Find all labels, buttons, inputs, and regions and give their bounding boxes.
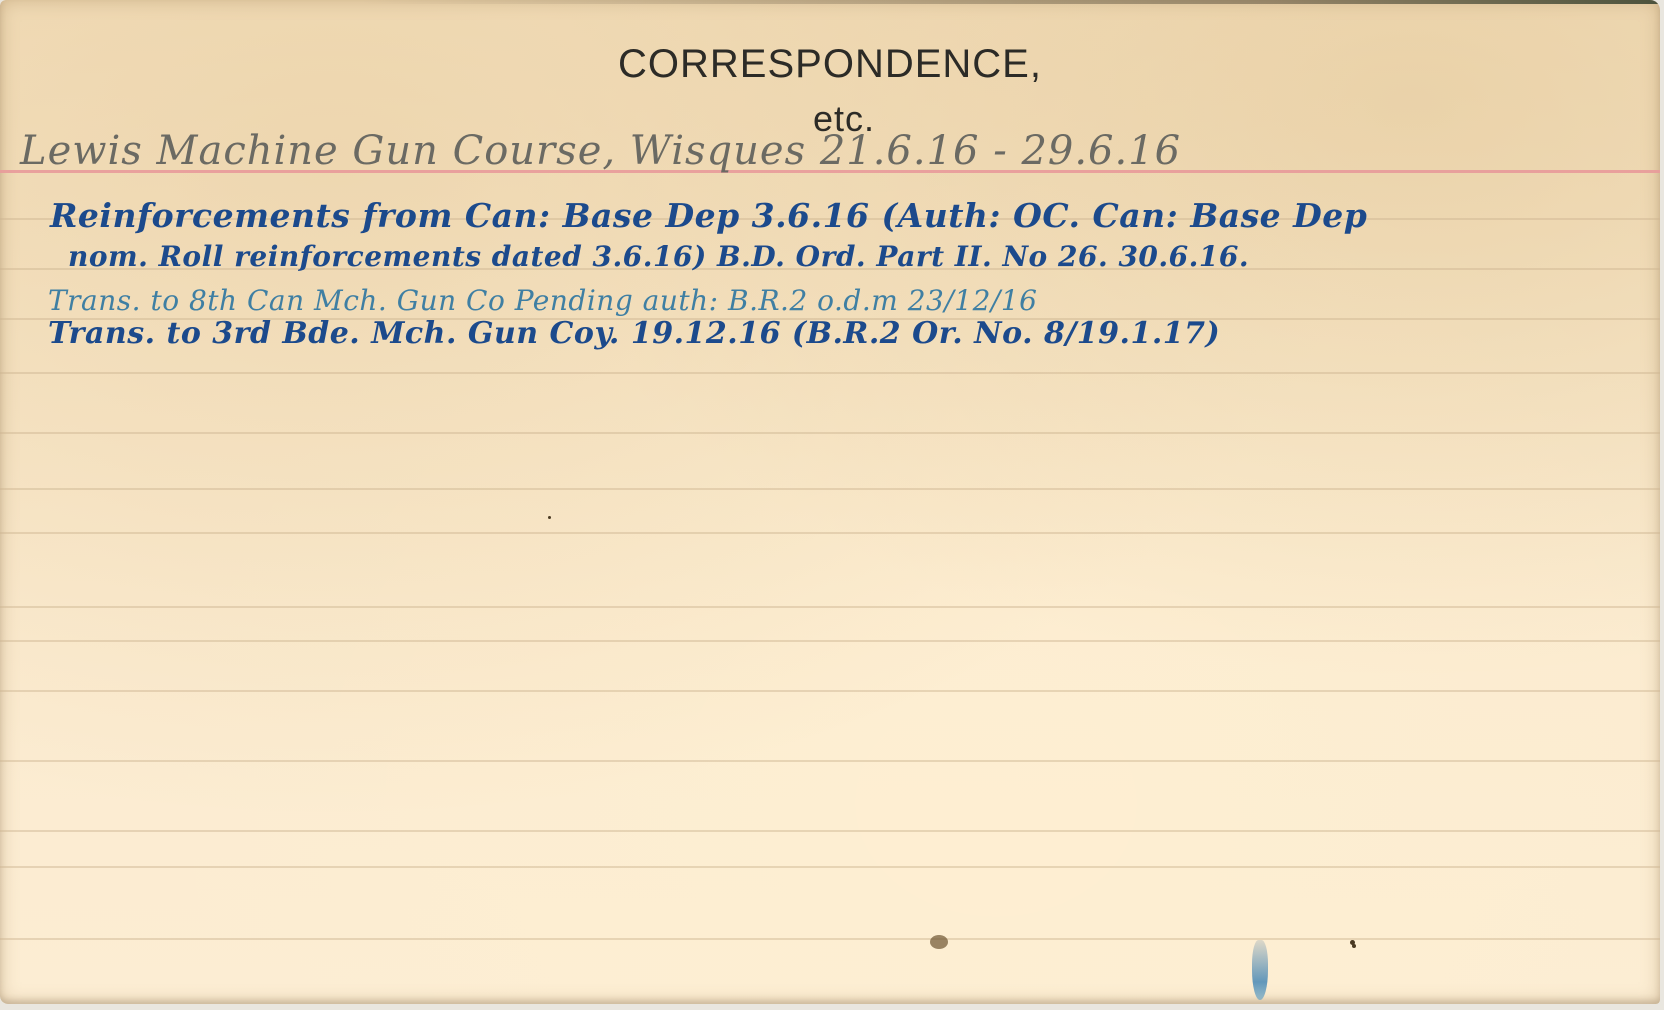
ruled-line [0, 830, 1660, 832]
ruled-line [0, 372, 1660, 374]
ruled-line [0, 488, 1660, 490]
speck [1352, 944, 1356, 948]
entry-transfer-8th: Trans. to 8th Can Mch. Gun Co Pending au… [48, 284, 1037, 317]
ruled-line [0, 640, 1660, 642]
record-card: CORRESPONDENCE, etc. Lewis Machine Gun C… [0, 0, 1660, 1004]
entry-nominal-roll: nom. Roll reinforcements dated 3.6.16) B… [68, 240, 1249, 273]
ruled-line [0, 432, 1660, 434]
ruled-line [0, 760, 1660, 762]
brown-stain [930, 935, 948, 949]
ruled-line [0, 532, 1660, 534]
speck [548, 516, 551, 519]
ruled-line [0, 606, 1660, 608]
entry-pencil-course: Lewis Machine Gun Course, Wisques 21.6.1… [20, 128, 1181, 174]
ruled-line [0, 866, 1660, 868]
card-worn-edge [360, 0, 1660, 4]
ruled-line [0, 690, 1660, 692]
entry-reinforcements: Reinforcements from Can: Base Dep 3.6.16… [50, 196, 1367, 235]
card-title: CORRESPONDENCE, [0, 42, 1660, 87]
ruled-line [0, 938, 1660, 940]
ink-drip [1252, 940, 1268, 1000]
entry-transfer-3rd: Trans. to 3rd Bde. Mch. Gun Coy. 19.12.1… [48, 316, 1220, 351]
